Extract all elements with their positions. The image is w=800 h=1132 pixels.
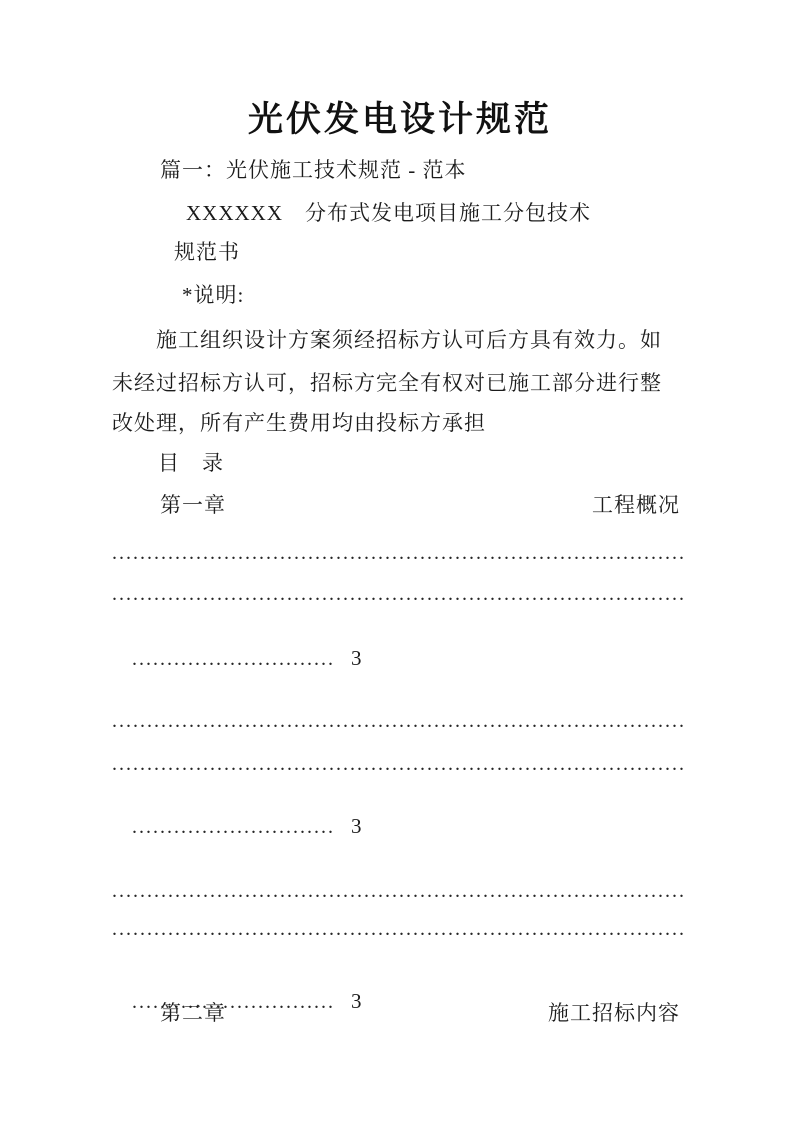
- toc-chapter-1-title: 工程概况: [592, 491, 680, 519]
- intro-spec-book-line: 规范书: [174, 238, 240, 266]
- toc-chapter-2-label: 第二章: [160, 999, 226, 1027]
- toc-chapter-2-row: 第二章 施工招标内容: [160, 999, 680, 1027]
- toc-chapter-2-title: 施工招标内容: [548, 999, 680, 1027]
- toc-chapter-1-label: 第一章: [160, 491, 226, 519]
- document-title: 光伏发电设计规范: [0, 92, 800, 142]
- document-page: 光伏发电设计规范 篇一：光伏施工技术规范 - 范本 XXXXXX 分布式发电项目…: [0, 0, 800, 1132]
- toc-page-row: .............................3: [112, 790, 362, 863]
- note-paragraph-line-1: 施工组织设计方案须经招标方认可后方具有效力。如: [156, 326, 662, 354]
- toc-dots-row: ........................................…: [112, 917, 686, 941]
- note-paragraph-line-3: 改处理，所有产生费用均由投标方承担: [112, 409, 486, 437]
- toc-dots-row: ........................................…: [112, 879, 686, 903]
- toc-dots-row: ........................................…: [112, 541, 686, 565]
- toc-dots-row: ........................................…: [112, 752, 686, 776]
- toc-dots-row: ........................................…: [112, 582, 686, 606]
- toc-chapter-1-row: 第一章 工程概况: [160, 491, 680, 519]
- toc-dots-short: .............................: [132, 648, 335, 670]
- intro-piece-one-line: 篇一：光伏施工技术规范 - 范本: [160, 156, 467, 184]
- note-paragraph-line-2: 未经过招标方认可，招标方完全有权对已施工部分进行整: [112, 369, 662, 397]
- toc-page-number: 3: [351, 814, 362, 838]
- toc-page-number: 3: [351, 646, 362, 670]
- toc-page-row: .............................3: [112, 622, 362, 695]
- intro-project-name-line: XXXXXX 分布式发电项目施工分包技术: [186, 199, 591, 227]
- toc-heading: 目 录: [158, 449, 224, 477]
- toc-dots-row: ........................................…: [112, 709, 686, 733]
- intro-note-label-line: *说明:: [182, 281, 244, 309]
- toc-dots-short: .............................: [132, 816, 335, 838]
